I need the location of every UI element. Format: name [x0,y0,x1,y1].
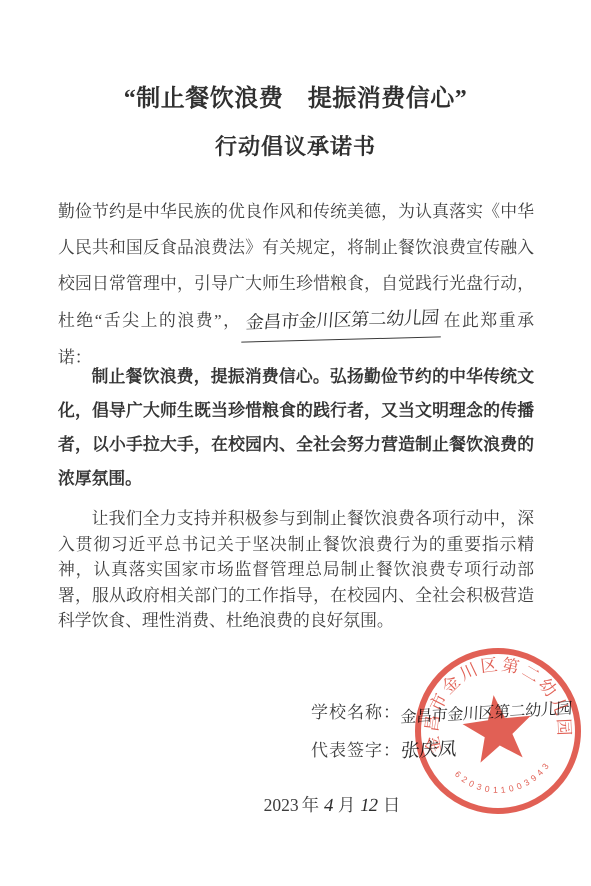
date-month-unit: 月 [338,795,356,815]
handwritten-date-month: 4 [322,796,334,817]
handwritten-date-day: 12 [359,796,380,817]
school-name-label: 学校名称： [311,703,401,722]
handwritten-school-name-signature: 金昌市金川区第二幼儿园 [400,696,572,728]
representative-signature-label: 代表签字： [311,741,401,760]
date-year: 2023 [264,795,299,815]
date-year-unit: 年 [302,795,320,815]
document-title-line1: “制止餐饮浪费 提振消费信心” [0,78,591,113]
paragraph-intro: 勤俭节约是中华民族的优良作风和传统美德，为认真落实《中华人民共和国反食品浪费法》… [58,194,534,376]
date-line: 2023年4月12日 [0,792,591,817]
representative-signature-row: 代表签字：张庆凤 [311,735,581,772]
signature-block: 学校名称：金昌市金川区第二幼儿园 代表签字：张庆凤 [311,698,581,772]
document-page: “制止餐饮浪费 提振消费信心” 行动倡议承诺书 勤俭节约是中华民族的优良作风和传… [0,0,591,886]
paragraph-pledge: 制止餐饮浪费，提振消费信心。弘扬勤俭节约的中华传统文化，倡导广大师生既当珍惜粮食… [58,360,534,496]
school-name-row: 学校名称：金昌市金川区第二幼儿园 [311,698,581,735]
date-day-unit: 日 [383,795,401,815]
handwritten-representative-signature: 张庆凤 [399,734,458,763]
paragraph-action-plan: 让我们全力支持并积极参与到制止餐饮浪费各项行动中，深入贯彻习近平总书记关于坚决制… [58,506,534,634]
handwritten-school-name-inline: 金昌市金川区第二幼儿园 [241,299,443,342]
document-title-line2: 行动倡议承诺书 [0,130,591,161]
